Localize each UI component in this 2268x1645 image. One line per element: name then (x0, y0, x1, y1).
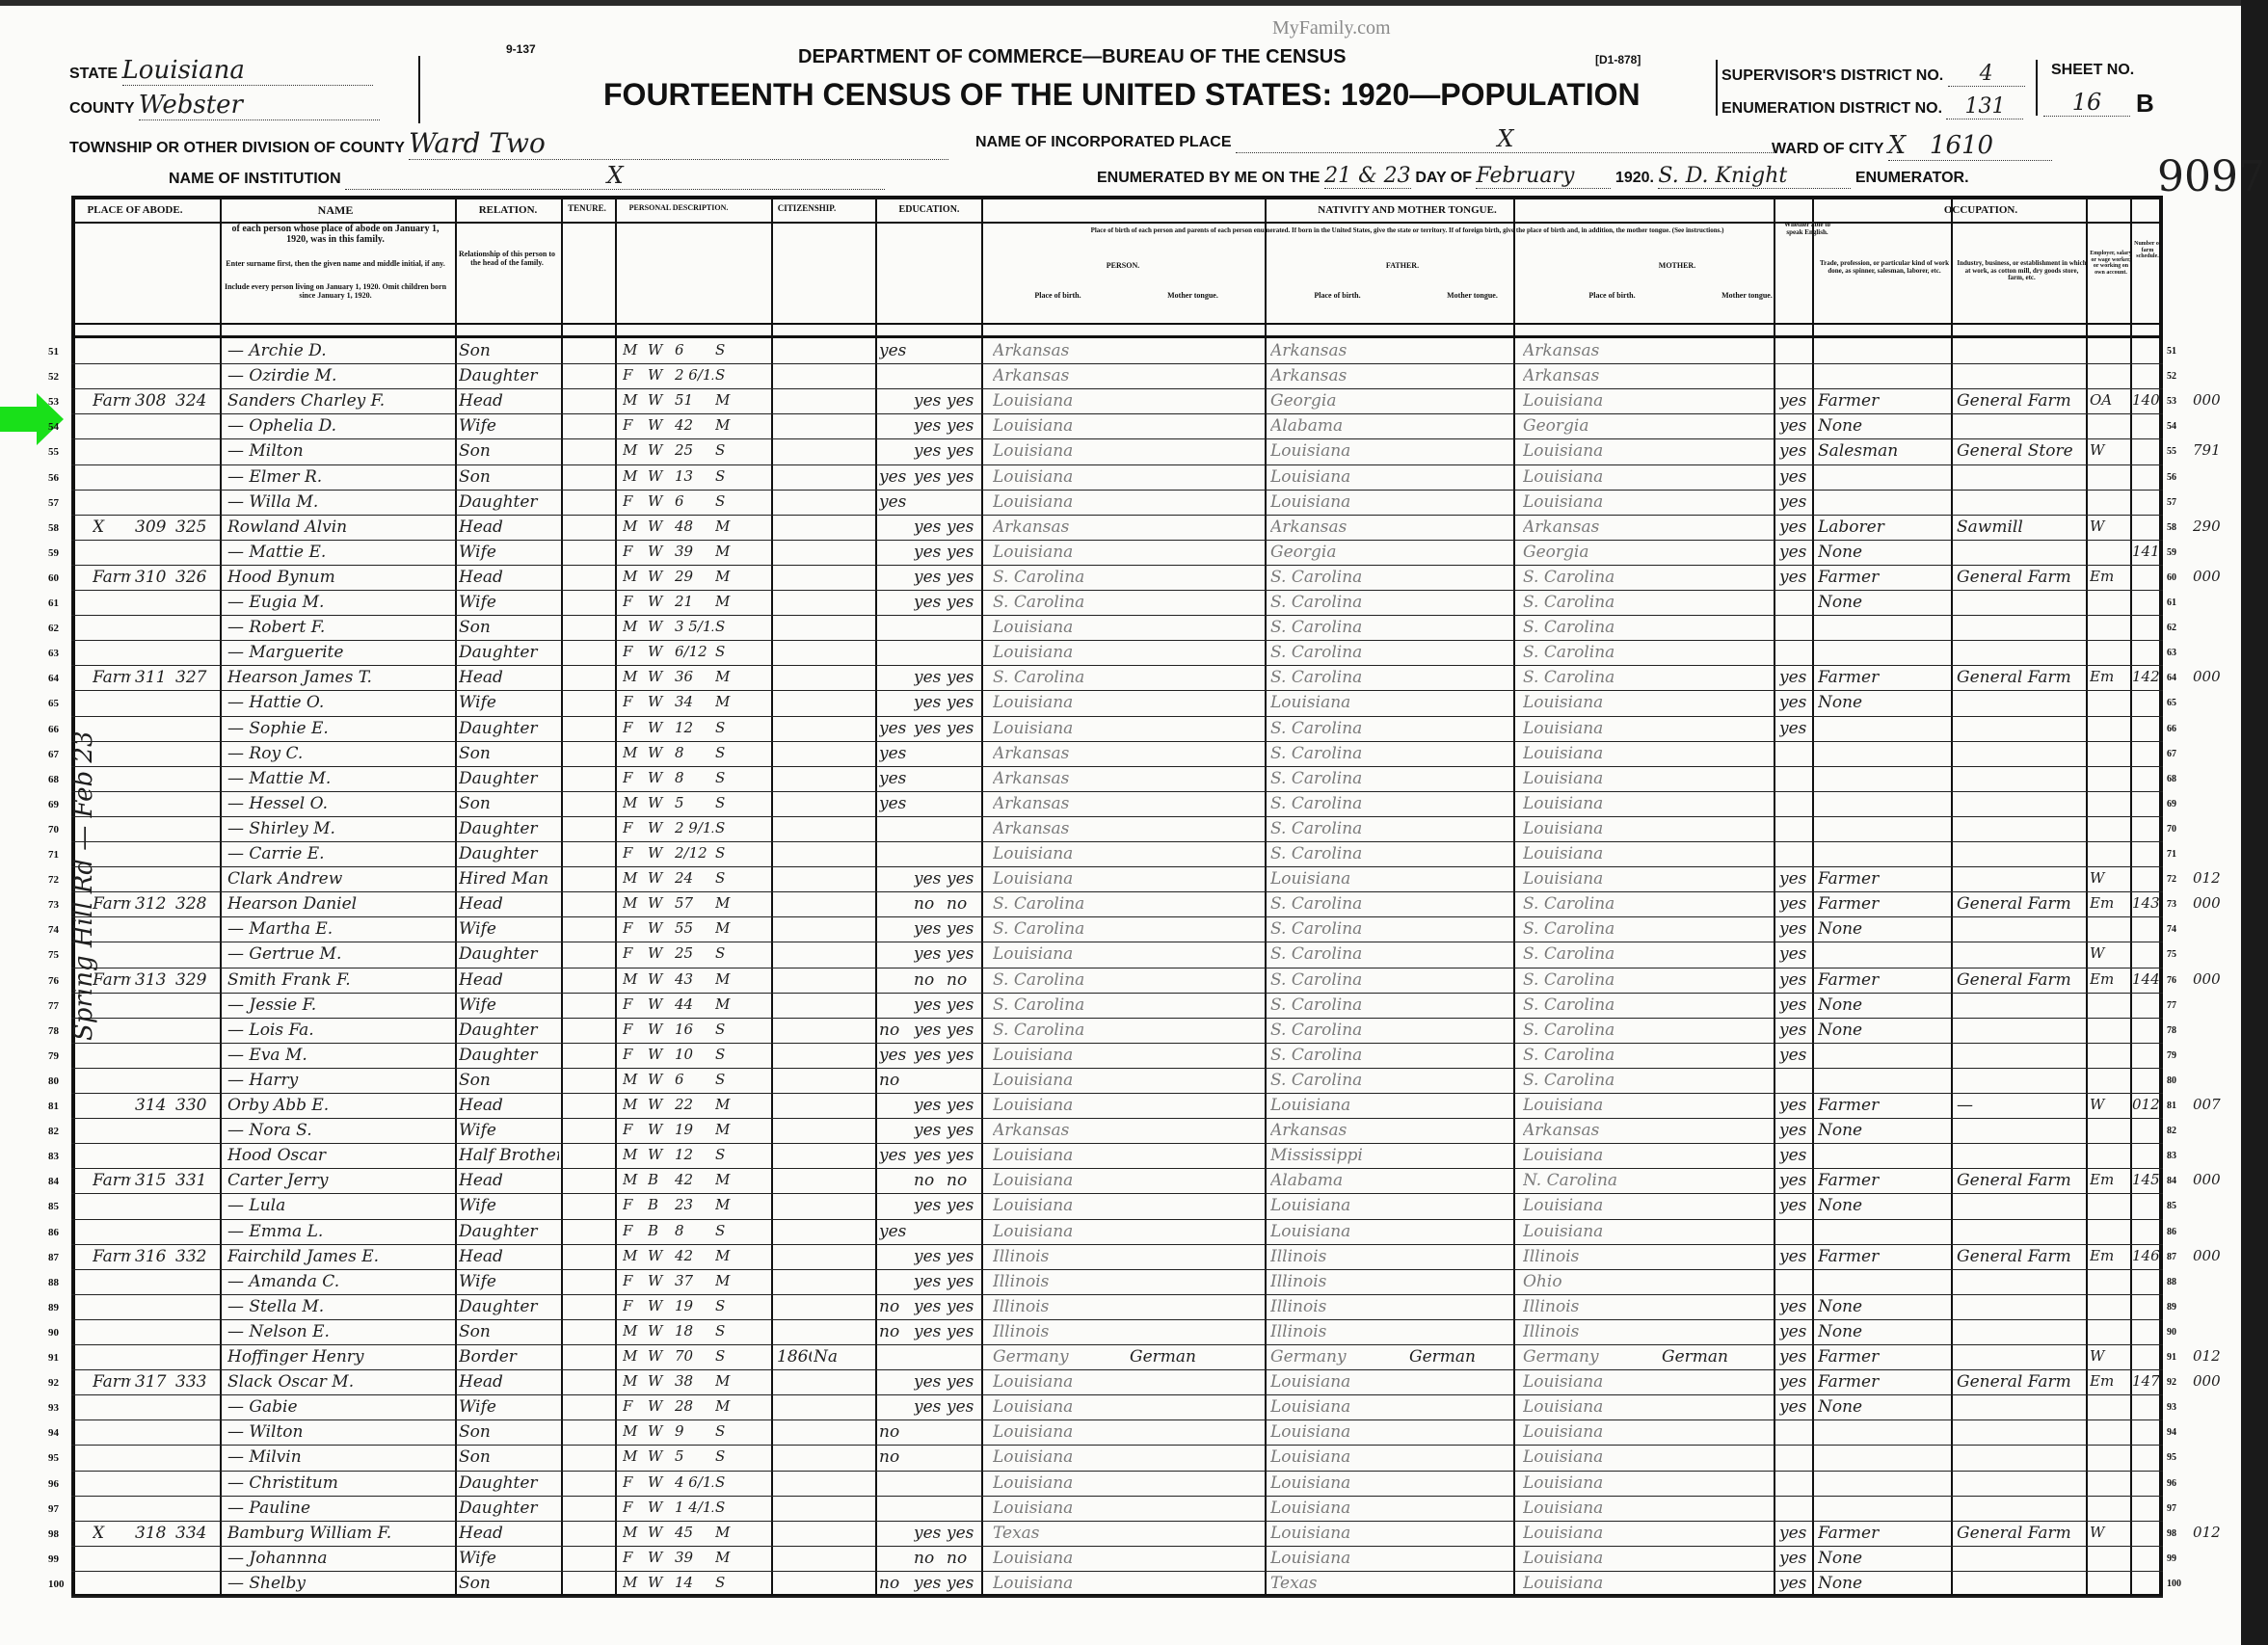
cell-birth: Louisiana (993, 1196, 1128, 1215)
line-number: 80 (48, 1075, 59, 1087)
line-number: 99 (2167, 1553, 2176, 1564)
cell-industry: General Farm (1957, 1247, 2084, 1266)
cell-father-birth: S. Carolina (1270, 1071, 1405, 1090)
line-number: 75 (2167, 949, 2176, 960)
sheet-value: 16 (2043, 89, 2130, 117)
cell-relation: Wife (459, 416, 559, 436)
cell-name: — Roy C. (227, 744, 453, 763)
cell-sex: M (623, 1372, 644, 1390)
line-number: 68 (2167, 774, 2176, 784)
line-number: 87 (48, 1252, 59, 1263)
cell-code: 791 (2193, 441, 2251, 459)
group-abode: PLACE OF ABODE. (77, 204, 193, 216)
cell-name: — Johannna (227, 1549, 453, 1568)
cell-sex: M (623, 441, 644, 459)
cell-farm: 145 (2132, 1171, 2163, 1188)
cell-class: Em (2090, 668, 2128, 685)
cell-marital: S (715, 1071, 744, 1088)
cell-farm: 146 (2132, 1247, 2163, 1264)
nativity-desc: Place of birth of each person and parent… (993, 227, 1822, 235)
name-desc: of each person whose place of abode on J… (224, 224, 447, 245)
line-number: 79 (2167, 1050, 2176, 1061)
cell-class: W (2090, 441, 2128, 459)
cell-sex: F (623, 366, 644, 384)
cell-sex: M (623, 1146, 644, 1163)
cell-english: yes (1779, 668, 1810, 687)
cell-industry: General Farm (1957, 1524, 2084, 1543)
cell-english: yes (1779, 894, 1810, 914)
cell-age: 36 (675, 668, 713, 685)
cell-write: yes (947, 1322, 975, 1341)
cell-house: Farm (93, 1247, 131, 1266)
cell-father-birth: Georgia (1270, 391, 1405, 411)
cell-industry: — (1957, 1096, 2084, 1115)
cell-relation: Daughter (459, 643, 559, 662)
cell-trade: None (1818, 919, 1949, 939)
line-number: 60 (48, 572, 59, 584)
cell-write: yes (947, 1196, 975, 1215)
cell-age: 70 (675, 1347, 713, 1365)
line-number: 84 (48, 1176, 59, 1187)
cell-father-birth: Germany (1270, 1347, 1405, 1366)
cell-write: yes (947, 719, 975, 738)
cell-trade: Farmer (1818, 1096, 1949, 1115)
cell-relation: Wife (459, 995, 559, 1015)
cell-trade: Farmer (1818, 1247, 1949, 1266)
cell-father-birth: Louisiana (1270, 693, 1405, 712)
cell-father-birth: S. Carolina (1270, 618, 1405, 637)
cell-english: yes (1779, 1096, 1810, 1115)
line-number: 97 (48, 1503, 59, 1515)
cell-marital: M (715, 1196, 744, 1213)
cell-sex: M (623, 1422, 644, 1440)
cell-relation: Daughter (459, 366, 559, 385)
cell-name: Bamburg William F. (227, 1524, 453, 1543)
line-number: 52 (2167, 371, 2176, 382)
line-number: 78 (2167, 1025, 2176, 1036)
cell-birth: Louisiana (993, 618, 1128, 637)
cell-relation: Head (459, 568, 559, 587)
line-number: 62 (48, 623, 59, 634)
line-number: 66 (2167, 724, 2176, 734)
cell-school: yes (879, 341, 908, 360)
cell-industry: General Farm (1957, 568, 2084, 587)
cell-race: W (648, 995, 673, 1013)
row-rule (71, 1445, 2163, 1446)
cell-english: yes (1779, 1549, 1810, 1568)
cell-family: 327 (175, 668, 214, 687)
cell-age: 8 (675, 744, 713, 761)
cell-race: W (648, 894, 673, 912)
cell-name: — Robert F. (227, 618, 453, 637)
cell-mother-birth: Louisiana (1523, 744, 1658, 763)
cell-name: — Marguerite (227, 643, 453, 662)
cell-birth: Arkansas (993, 744, 1128, 763)
cell-name: — Hessel O. (227, 794, 453, 813)
cell-mother-birth: Louisiana (1523, 1549, 1658, 1568)
township-label: TOWNSHIP OR OTHER DIVISION OF COUNTY (69, 140, 405, 156)
cell-sex: F (623, 593, 644, 610)
cell-mother-birth: Louisiana (1523, 1574, 1658, 1593)
cell-house: X (93, 517, 131, 537)
cell-marital: M (715, 1171, 744, 1188)
cell-age: 6/12 (675, 643, 713, 660)
row-rule (71, 891, 2163, 892)
row-rule (71, 916, 2163, 917)
cell-family: 324 (175, 391, 214, 411)
cell-name: — Milton (227, 441, 453, 461)
cell-class: Em (2090, 1247, 2128, 1264)
cell-name: Hearson Daniel (227, 894, 453, 914)
cell-birth: Louisiana (993, 719, 1128, 738)
cell-sex: M (623, 1247, 644, 1264)
enumerated-label: ENUMERATED BY ME ON THE (1097, 170, 1320, 186)
cell-age: 42 (675, 416, 713, 434)
cell-marital: S (715, 643, 744, 660)
department-title: DEPARTMENT OF COMMERCE—BUREAU OF THE CEN… (798, 46, 1347, 68)
cell-age: 39 (675, 1549, 713, 1566)
ward-field: WARD OF CITY X 1610 (1772, 131, 2052, 161)
cell-birth: Louisiana (993, 1372, 1128, 1392)
supervisor-label: SUPERVISOR'S DISTRICT NO. (1721, 67, 1943, 84)
cell-name: — Ophelia D. (227, 416, 453, 436)
cell-marital: M (715, 668, 744, 685)
cell-marital: M (715, 416, 744, 434)
cell-marital: M (715, 1549, 744, 1566)
cell-english: yes (1779, 543, 1810, 562)
row-rule (71, 464, 2163, 465)
cell-sex: F (623, 1397, 644, 1415)
nativity-person: PERSON. (983, 262, 1263, 271)
cell-code: 012 (2193, 1524, 2251, 1541)
col-divider (1513, 196, 1515, 1598)
cell-marital: S (715, 1021, 744, 1038)
rule (71, 222, 2163, 224)
line-number: 66 (48, 724, 59, 735)
cell-code: 000 (2193, 894, 2251, 912)
cell-class: W (2090, 517, 2128, 535)
cell-dwelling: 315 (135, 1171, 173, 1190)
line-number: 85 (48, 1201, 59, 1212)
cell-write: yes (947, 1146, 975, 1165)
cell-birth: Louisiana (993, 1473, 1128, 1493)
cell-age: 12 (675, 719, 713, 736)
cell-mother-birth: S. Carolina (1523, 919, 1658, 939)
row-rule (71, 640, 2163, 641)
cell-race: W (648, 568, 673, 585)
line-number: 68 (48, 774, 59, 785)
ed-field: ENUMERATION DISTRICT NO. 131 (1721, 94, 2023, 119)
cell-trade: None (1818, 1121, 1949, 1140)
cell-marital: S (715, 1447, 744, 1465)
rule (71, 323, 2163, 325)
cell-birth: Texas (993, 1524, 1128, 1543)
cell-age: 29 (675, 568, 713, 585)
cell-school: no (879, 1422, 908, 1442)
cell-read: yes (914, 441, 943, 461)
cell-write: yes (947, 1397, 975, 1417)
line-number: 87 (2167, 1252, 2176, 1262)
cell-age: 37 (675, 1272, 713, 1289)
group-tenure: TENURE. (563, 204, 611, 214)
cell-class: W (2090, 1347, 2128, 1365)
cell-school: yes (879, 467, 908, 487)
cell-marital: S (715, 1574, 744, 1591)
row-rule (71, 1571, 2163, 1572)
cell-marital: S (715, 744, 744, 761)
cell-marital: M (715, 1247, 744, 1264)
cell-father-birth: Mississippi (1270, 1146, 1405, 1165)
nativity-mother: MOTHER. (1542, 262, 1812, 271)
cell-industry: General Farm (1957, 1171, 2084, 1190)
cell-age: 16 (675, 1021, 713, 1038)
cell-trade: Farmer (1818, 1171, 1949, 1190)
row-rule (71, 841, 2163, 842)
cell-birth: Louisiana (993, 1046, 1128, 1065)
cell-race: W (648, 744, 673, 761)
cell-dwelling: 308 (135, 391, 173, 411)
institution-label: NAME OF INSTITUTION (169, 171, 341, 187)
row-rule (71, 1193, 2163, 1194)
cell-naturalized: Na (814, 1347, 842, 1366)
cell-race: W (648, 593, 673, 610)
cell-race: W (648, 643, 673, 660)
line-number: 57 (2167, 497, 2176, 508)
cell-father-birth: Alabama (1270, 416, 1405, 436)
cell-father-birth: Louisiana (1270, 467, 1405, 487)
cell-relation: Wife (459, 1397, 559, 1417)
occ-class-head: Employer, salary or wage worker, or work… (2090, 251, 2132, 276)
line-number: 100 (2167, 1579, 2181, 1589)
cell-relation: Son (459, 1322, 559, 1341)
bracket-right (2036, 60, 2038, 116)
cell-birth: Louisiana (993, 1071, 1128, 1090)
line-number: 58 (48, 522, 59, 534)
cell-trade: Farmer (1818, 970, 1949, 990)
cell-english: yes (1779, 467, 1810, 487)
cell-age: 8 (675, 769, 713, 786)
line-number: 98 (48, 1528, 59, 1540)
cell-mother-birth: Louisiana (1523, 869, 1658, 889)
cell-race: W (648, 391, 673, 409)
line-number: 77 (48, 1000, 59, 1012)
institution-value: X (345, 162, 885, 190)
cell-dwelling: 316 (135, 1247, 173, 1266)
row-rule (71, 363, 2163, 364)
cell-family: 330 (175, 1096, 214, 1115)
relation-desc: Relationship of this person to the head … (459, 251, 555, 268)
cell-marital: S (715, 869, 744, 887)
cell-name: — Amanda C. (227, 1272, 453, 1291)
year-value: 1920. (1615, 170, 1654, 186)
cell-race: B (648, 1196, 673, 1213)
bracket (418, 56, 420, 123)
row-rule (71, 716, 2163, 717)
cell-name: — Shirley M. (227, 819, 453, 838)
cell-sex: F (623, 1272, 644, 1289)
cell-mother-birth: S. Carolina (1523, 894, 1658, 914)
cell-birth: Louisiana (993, 1422, 1128, 1442)
line-number: 58 (2167, 522, 2176, 533)
ed-label: ENUMERATION DISTRICT NO. (1721, 100, 1942, 117)
cell-relation: Head (459, 970, 559, 990)
cell-house: Farm (93, 668, 131, 687)
cell-dwelling: 318 (135, 1524, 173, 1543)
line-number: 93 (48, 1402, 59, 1414)
cell-read: yes (914, 1096, 943, 1115)
cell-mother-birth: S. Carolina (1523, 995, 1658, 1015)
line-number: 89 (48, 1302, 59, 1313)
cell-father-birth: Louisiana (1270, 1524, 1405, 1543)
cell-trade: None (1818, 1322, 1949, 1341)
cell-birth: S. Carolina (993, 668, 1128, 687)
cell-house: Farm (93, 1171, 131, 1190)
cell-father-birth: Alabama (1270, 1171, 1405, 1190)
cell-name: — Elmer R. (227, 467, 453, 487)
line-number: 64 (48, 673, 59, 684)
cell-race: W (648, 1096, 673, 1113)
cell-sex: F (623, 1046, 644, 1063)
col-divider (220, 196, 222, 1598)
cell-age: 8 (675, 1222, 713, 1239)
cell-school: yes (879, 769, 908, 788)
cell-father-birth: Louisiana (1270, 1096, 1405, 1115)
row-rule (71, 515, 2163, 516)
row-rule (71, 1143, 2163, 1144)
cell-relation: Daughter (459, 819, 559, 838)
cell-age: 48 (675, 517, 713, 535)
line-number: 95 (2167, 1452, 2176, 1463)
cell-father-birth: S. Carolina (1270, 819, 1405, 838)
cell-marital: S (715, 1473, 744, 1491)
cell-write: yes (947, 995, 975, 1015)
cell-age: 24 (675, 869, 713, 887)
cell-english: yes (1779, 944, 1810, 964)
cell-birth: S. Carolina (993, 919, 1128, 939)
cell-race: W (648, 1347, 673, 1365)
cell-sex: F (623, 769, 644, 786)
row-rule (71, 690, 2163, 691)
cell-write: yes (947, 693, 975, 712)
cell-marital: S (715, 441, 744, 459)
cell-race: W (648, 618, 673, 635)
cell-code: 000 (2193, 970, 2251, 988)
row-rule (71, 1344, 2163, 1345)
line-number: 94 (2167, 1427, 2176, 1438)
cell-relation: Daughter (459, 1499, 559, 1518)
row-rule (71, 540, 2163, 541)
line-number: 90 (48, 1327, 59, 1339)
line-number: 57 (48, 497, 59, 509)
cell-english: yes (1779, 1171, 1810, 1190)
cell-name: — Milvin (227, 1447, 453, 1467)
person-birth-head: Place of birth. (993, 292, 1123, 301)
cell-mother-birth: Louisiana (1523, 391, 1658, 411)
row-rule (71, 1394, 2163, 1395)
cell-read: yes (914, 693, 943, 712)
cell-sex: M (623, 517, 644, 535)
line-number: 86 (48, 1227, 59, 1238)
cell-school: yes (879, 1046, 908, 1065)
cell-sex: M (623, 341, 644, 358)
group-nativity: NATIVITY AND MOTHER TONGUE. (983, 204, 1831, 216)
cell-birth: Illinois (993, 1297, 1128, 1316)
row-rule (71, 1319, 2163, 1320)
cell-read: yes (914, 1021, 943, 1040)
line-number: 51 (2167, 346, 2176, 357)
cell-marital: S (715, 819, 744, 836)
cell-marital: S (715, 844, 744, 862)
cell-name: — Hattie O. (227, 693, 453, 712)
row-rule (71, 590, 2163, 591)
cell-english: yes (1779, 1196, 1810, 1215)
cell-english: yes (1779, 995, 1810, 1015)
cell-mother-birth: Illinois (1523, 1297, 1658, 1316)
cell-relation: Wife (459, 543, 559, 562)
line-number: 61 (2167, 597, 2176, 608)
cell-marital: S (715, 1146, 744, 1163)
cell-sex: F (623, 719, 644, 736)
cell-father-birth: S. Carolina (1270, 970, 1405, 990)
col-divider (981, 196, 983, 1598)
cell-class: Em (2090, 568, 2128, 585)
cell-race: W (648, 517, 673, 535)
cell-relation: Head (459, 1171, 559, 1190)
cell-marital: M (715, 517, 744, 535)
cell-code: 012 (2193, 869, 2251, 887)
cell-race: W (648, 1499, 673, 1516)
cell-mother-birth: Louisiana (1523, 1499, 1658, 1518)
cell-father-birth: Illinois (1270, 1322, 1405, 1341)
cell-relation: Daughter (459, 1046, 559, 1065)
cell-dwelling: 311 (135, 668, 173, 687)
cell-house: Farm (93, 1372, 131, 1392)
rule (71, 335, 2163, 338)
cell-sex: F (623, 1121, 644, 1138)
cell-english: yes (1779, 1524, 1810, 1543)
cell-father-birth: Louisiana (1270, 1549, 1405, 1568)
cell-marital: S (715, 1422, 744, 1440)
cell-name: — Stella M. (227, 1297, 453, 1316)
cell-code: 000 (2193, 568, 2251, 585)
cell-read: yes (914, 1322, 943, 1341)
cell-trade: None (1818, 1574, 1949, 1593)
cell-write: yes (947, 517, 975, 537)
cell-trade: Farmer (1818, 1372, 1949, 1392)
cell-mother-birth: Arkansas (1523, 366, 1658, 385)
cell-relation: Daughter (459, 1297, 559, 1316)
cell-class: W (2090, 944, 2128, 962)
cell-read: yes (914, 1196, 943, 1215)
line-number: 71 (48, 849, 59, 861)
cell-birth: Louisiana (993, 844, 1128, 863)
cell-race: W (648, 970, 673, 988)
cell-read: yes (914, 919, 943, 939)
cell-father-birth: Arkansas (1270, 517, 1405, 537)
cell-write: yes (947, 391, 975, 411)
cell-read: yes (914, 1372, 943, 1392)
cell-age: 5 (675, 794, 713, 811)
row-rule (71, 1521, 2163, 1522)
line-number: 81 (2167, 1101, 2176, 1111)
cell-relation: Hired Man (459, 869, 559, 889)
cell-family: 333 (175, 1372, 214, 1392)
cell-race: W (648, 1322, 673, 1340)
cell-mother-birth: Louisiana (1523, 441, 1658, 461)
cell-name: — Mattie E. (227, 543, 453, 562)
cell-code: 007 (2193, 1096, 2251, 1113)
cell-age: 4 6/12 (675, 1473, 713, 1491)
